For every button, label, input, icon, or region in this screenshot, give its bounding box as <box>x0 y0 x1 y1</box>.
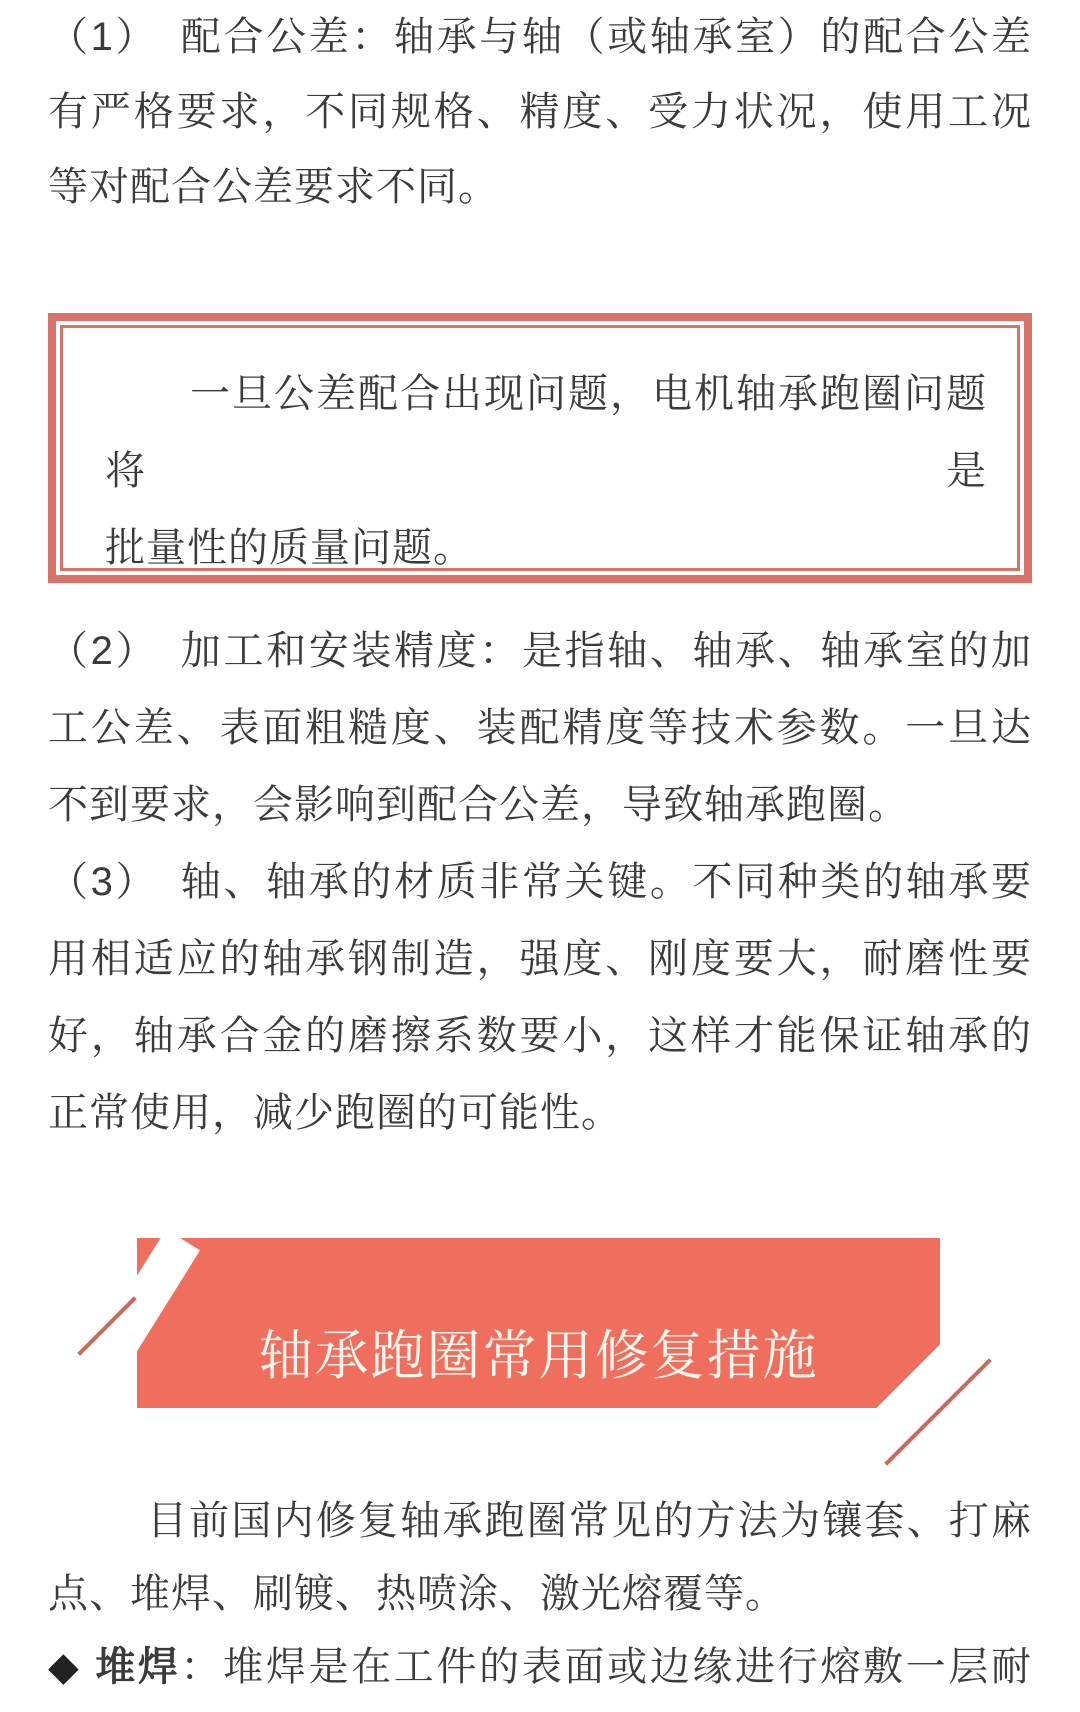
text-line: 等对配合公差要求不同。 <box>48 150 1032 225</box>
text-line: 工公差、表面粗糙度、装配精度等技术参数。一旦达 <box>48 690 1032 767</box>
diagonal-accent-line-left <box>77 1296 136 1355</box>
text-line: 有严格要求，不同规格、精度、受力状况，使用工况 <box>48 75 1032 150</box>
callout-text-line: 批量性的质量问题。 <box>105 510 987 587</box>
paragraph-precision-and-material: （2） 加工和安装精度：是指轴、轴承、轴承室的加 工公差、表面粗糙度、装配精度等… <box>48 613 1032 1152</box>
section-title-banner: 轴承跑圈常用修复措施 <box>137 1238 940 1408</box>
diamond-bullet-icon: ◆ <box>48 1645 81 1689</box>
text-line: 点、堆焊、刷镀、热喷涂、激光熔覆等。 <box>48 1558 1032 1631</box>
article-page: （1） 配合公差：轴承与轴（或轴承室）的配合公差 有严格要求，不同规格、精度、受… <box>0 0 1080 1712</box>
text-line: 正常使用，减少跑圈的可能性。 <box>48 1075 1032 1152</box>
text-line: 用相适应的轴承钢制造，强度、刚度要大，耐磨性要 <box>48 921 1032 998</box>
text-line: （3） 轴、轴承的材质非常关键。不同种类的轴承要 <box>48 844 1032 921</box>
repair-term-text: ：堆焊是在工件的表面或边缘进行熔敷一层耐 <box>181 1645 1032 1689</box>
text-line: （2） 加工和安装精度：是指轴、轴承、轴承室的加 <box>48 613 1032 690</box>
paragraph-repair-methods: 目前国内修复轴承跑圈常见的方法为镶套、打麻 点、堆焊、刷镀、热喷涂、激光熔覆等。… <box>48 1485 1032 1704</box>
text-line: 目前国内修复轴承跑圈常见的方法为镶套、打麻 <box>48 1485 1032 1558</box>
callout-box: 一旦公差配合出现问题，电机轴承跑圈问题将是 批量性的质量问题。 <box>48 313 1032 583</box>
paragraph-fit-tolerance: （1） 配合公差：轴承与轴（或轴承室）的配合公差 有严格要求，不同规格、精度、受… <box>48 0 1032 225</box>
repair-item-line: ◆ 堆焊：堆焊是在工件的表面或边缘进行熔敷一层耐 <box>48 1631 1032 1704</box>
text-line: （1） 配合公差：轴承与轴（或轴承室）的配合公差 <box>48 0 1032 75</box>
section-banner-area: 轴承跑圈常用修复措施 <box>0 1238 1080 1473</box>
repair-term: 堆焊 <box>81 1645 180 1689</box>
text-line: 不到要求，会影响到配合公差，导致轴承跑圈。 <box>48 767 1032 844</box>
callout-box-inner-border: 一旦公差配合出现问题，电机轴承跑圈问题将是 批量性的质量问题。 <box>60 325 1020 571</box>
text-line: 好，轴承合金的磨擦系数要小，这样才能保证轴承的 <box>48 998 1032 1075</box>
callout-text-line: 一旦公差配合出现问题，电机轴承跑圈问题将是 <box>105 356 987 510</box>
section-title: 轴承跑圈常用修复措施 <box>137 1326 940 1386</box>
